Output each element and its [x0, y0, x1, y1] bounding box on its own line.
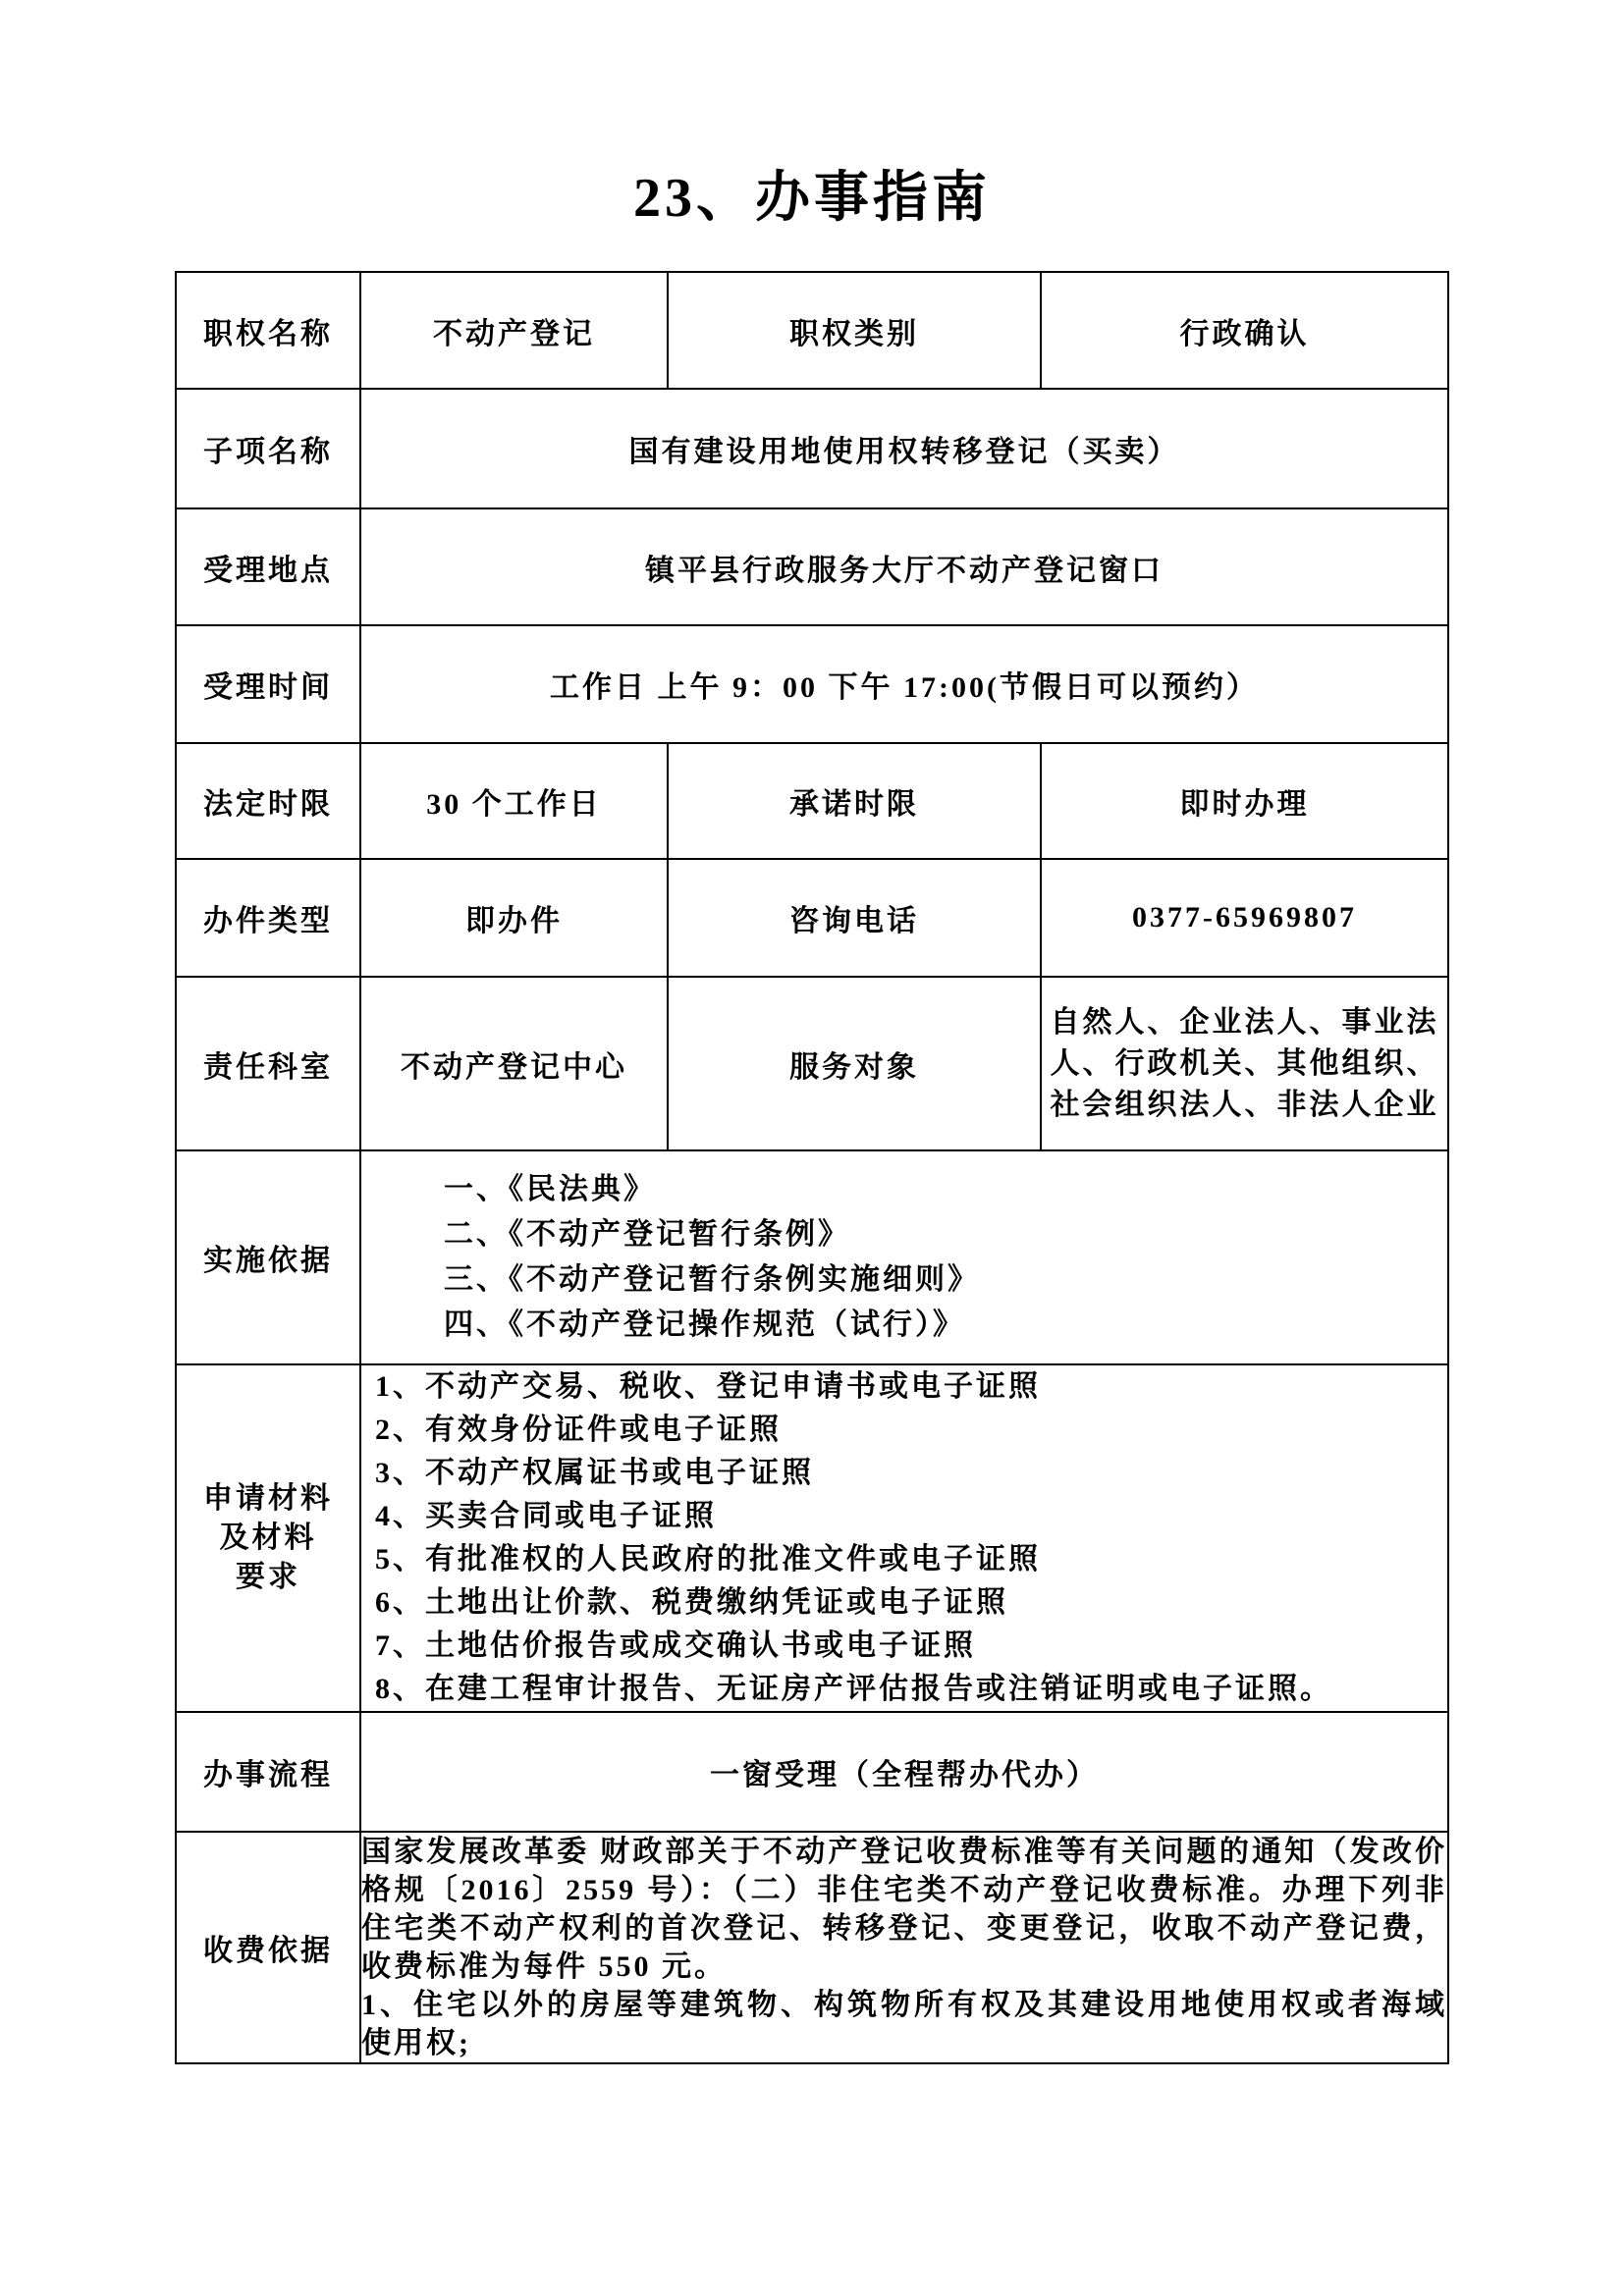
legal-basis-item: 三、《不动产登记暂行条例实施细则》	[361, 1257, 1447, 1303]
material-item: 7、土地估价报告或成交确认书或电子证照	[361, 1625, 1447, 1668]
fee-basis-text: 国家发展改革委 财政部关于不动产登记收费标准等有关问题的通知（发改价格规〔201…	[360, 1832, 1448, 2063]
phone-value: 0377-65969807	[1041, 859, 1448, 977]
materials-list: 1、不动产交易、税收、登记申请书或电子证照 2、有效身份证件或电子证照 3、不动…	[360, 1364, 1448, 1712]
row-handle-type: 办件类型 即办件 咨询电话 0377-65969807	[176, 859, 1448, 977]
legal-basis-label: 实施依据	[176, 1150, 360, 1364]
row-statutory-limit: 法定时限 30 个工作日 承诺时限 即时办理	[176, 743, 1448, 859]
location-label: 受理地点	[176, 508, 360, 625]
row-accept-time: 受理时间 工作日 上午 9：00 下午 17:00(节假日可以预约）	[176, 625, 1448, 743]
materials-label-line: 申请材料	[177, 1479, 359, 1519]
row-location: 受理地点 镇平县行政服务大厅不动产登记窗口	[176, 508, 1448, 625]
materials-label-line: 要求	[177, 1558, 359, 1597]
process-label: 办事流程	[176, 1712, 360, 1832]
material-item: 3、不动产权属证书或电子证照	[361, 1452, 1447, 1495]
service-guide-table: 职权名称 不动产登记 职权类别 行政确认 子项名称 国有建设用地使用权转移登记（…	[175, 271, 1449, 2064]
material-item: 1、不动产交易、税收、登记申请书或电子证照	[361, 1365, 1447, 1409]
material-item: 2、有效身份证件或电子证照	[361, 1409, 1447, 1452]
statutory-limit-value: 30 个工作日	[360, 743, 668, 859]
legal-basis-item: 二、《不动产登记暂行条例》	[361, 1212, 1447, 1257]
legal-basis-list: 一、《民法典》 二、《不动产登记暂行条例》 三、《不动产登记暂行条例实施细则》 …	[360, 1150, 1448, 1364]
department-value: 不动产登记中心	[360, 977, 668, 1150]
accept-time-value: 工作日 上午 9：00 下午 17:00(节假日可以预约）	[360, 625, 1448, 743]
material-item: 5、有批准权的人民政府的批准文件或电子证照	[361, 1538, 1447, 1581]
materials-label-line: 及材料	[177, 1519, 359, 1558]
fee-basis-label: 收费依据	[176, 1832, 360, 2063]
authority-label: 职权名称	[176, 272, 360, 389]
promise-limit-value: 即时办理	[1041, 743, 1448, 859]
material-item: 8、在建工程审计报告、无证房产评估报告或注销证明或电子证照。	[361, 1668, 1447, 1711]
statutory-limit-label: 法定时限	[176, 743, 360, 859]
department-label: 责任科室	[176, 977, 360, 1150]
phone-label: 咨询电话	[668, 859, 1041, 977]
materials-label: 申请材料 及材料 要求	[176, 1364, 360, 1712]
legal-basis-item: 一、《民法典》	[361, 1167, 1447, 1212]
handle-type-label: 办件类型	[176, 859, 360, 977]
row-authority: 职权名称 不动产登记 职权类别 行政确认	[176, 272, 1448, 389]
row-process: 办事流程 一窗受理（全程帮办代办）	[176, 1712, 1448, 1832]
service-target-value: 自然人、企业法人、事业法人、行政机关、其他组织、社会组织法人、非法人企业	[1041, 977, 1448, 1150]
legal-basis-item: 四、《不动产登记操作规范（试行）》	[361, 1303, 1447, 1348]
process-value: 一窗受理（全程帮办代办）	[360, 1712, 1448, 1832]
authority-value: 不动产登记	[360, 272, 668, 389]
document-page: 23、办事指南 职权名称 不动产登记 职权类别 行政确认 子项名称 国有建设用地…	[0, 0, 1624, 2296]
accept-time-label: 受理时间	[176, 625, 360, 743]
row-subitem: 子项名称 国有建设用地使用权转移登记（买卖）	[176, 389, 1448, 508]
location-value: 镇平县行政服务大厅不动产登记窗口	[360, 508, 1448, 625]
material-item: 4、买卖合同或电子证照	[361, 1495, 1447, 1538]
fee-paragraph: 国家发展改革委 财政部关于不动产登记收费标准等有关问题的通知（发改价格规〔201…	[361, 1833, 1447, 1986]
promise-limit-label: 承诺时限	[668, 743, 1041, 859]
material-item: 6、土地出让价款、税费缴纳凭证或电子证照	[361, 1581, 1447, 1625]
service-target-label: 服务对象	[668, 977, 1041, 1150]
handle-type-value: 即办件	[360, 859, 668, 977]
row-legal-basis: 实施依据 一、《民法典》 二、《不动产登记暂行条例》 三、《不动产登记暂行条例实…	[176, 1150, 1448, 1364]
row-materials: 申请材料 及材料 要求 1、不动产交易、税收、登记申请书或电子证照 2、有效身份…	[176, 1364, 1448, 1712]
fee-paragraph: 1、住宅以外的房屋等建筑物、构筑物所有权及其建设用地使用权或者海域使用权;	[361, 1986, 1447, 2062]
row-department: 责任科室 不动产登记中心 服务对象 自然人、企业法人、事业法人、行政机关、其他组…	[176, 977, 1448, 1150]
authority-type-value: 行政确认	[1041, 272, 1448, 389]
subitem-value: 国有建设用地使用权转移登记（买卖）	[360, 389, 1448, 508]
page-title: 23、办事指南	[0, 0, 1624, 228]
authority-type-label: 职权类别	[668, 272, 1041, 389]
row-fee-basis: 收费依据 国家发展改革委 财政部关于不动产登记收费标准等有关问题的通知（发改价格…	[176, 1832, 1448, 2063]
subitem-label: 子项名称	[176, 389, 360, 508]
